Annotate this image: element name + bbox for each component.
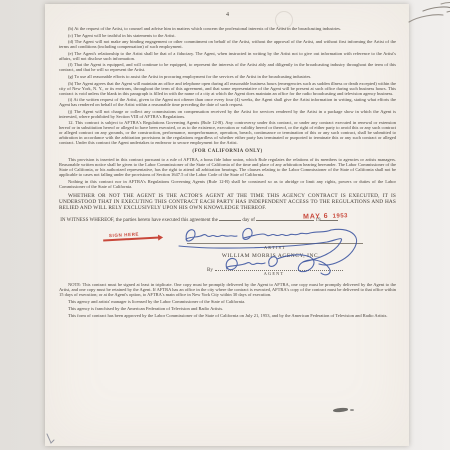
ink-smudge-small bbox=[350, 409, 354, 411]
contract-clause-e: (e) The Agent's relationship to the Arti… bbox=[59, 51, 396, 61]
contract-clause-j: (j) The Agent will not charge or collect… bbox=[59, 109, 396, 119]
note-paragraph: NOTE: This contract must be signed at le… bbox=[59, 282, 396, 297]
contract-clause-d: (d) The Agent will not make any binding … bbox=[59, 39, 396, 49]
approved-line: This form of contract has been approved … bbox=[59, 313, 396, 318]
franchised-line: This agency is franchised by the America… bbox=[59, 306, 396, 311]
licensed-line: This agency and artists' manager is lice… bbox=[59, 299, 396, 304]
corner-pen-mark bbox=[45, 432, 59, 446]
contract-clause-g: (g) To use all reasonable efforts to ass… bbox=[59, 74, 396, 79]
contract-clause-h: (h) The Agent agrees that the Agent will… bbox=[59, 81, 396, 96]
scanned-document: 4 (b) At the request of the Artist, to c… bbox=[0, 0, 450, 450]
signature-block: MAY 61953 SIGN HERE ARTIST WILLI bbox=[59, 224, 396, 282]
california-paragraph-1: This provision is inserted in this contr… bbox=[59, 157, 396, 177]
california-only-heading: (FOR CALIFORNIA ONLY) bbox=[59, 149, 396, 154]
contract-clause-12: 12. This contract is subject to AFTRA's … bbox=[59, 120, 396, 145]
contract-clause-f: (f) That the Agent is equipped, and will… bbox=[59, 62, 396, 72]
day-of-text: day of bbox=[242, 218, 255, 223]
caps-notice: WHETHER OR NOT THE AGENT IS THE ACTOR'S … bbox=[59, 193, 396, 211]
document-page: 4 (b) At the request of the Artist, to c… bbox=[45, 4, 409, 446]
contract-clause-b: (b) At the request of the Artist, to cou… bbox=[59, 26, 396, 31]
day-blank bbox=[219, 216, 241, 221]
witness-text: IN WITNESS WHEREOF, the parties hereto h… bbox=[60, 218, 218, 223]
date-stamp: MAY 61953 bbox=[303, 212, 348, 221]
contract-clause-i: (i) At the written request of the Artist… bbox=[59, 97, 396, 107]
sign-here-stamp: SIGN HERE bbox=[103, 230, 159, 241]
agent-label: AGENT bbox=[209, 271, 339, 276]
ink-smudge bbox=[333, 407, 348, 412]
california-paragraph-2: Nothing in this contract nor in AFTRA's … bbox=[59, 179, 396, 189]
page-number: 4 bbox=[59, 12, 396, 18]
artist-label: ARTIST bbox=[187, 245, 363, 250]
contract-clause-c: (c) The Agent will be truthful in his st… bbox=[59, 33, 396, 38]
agent-signature bbox=[211, 254, 351, 282]
